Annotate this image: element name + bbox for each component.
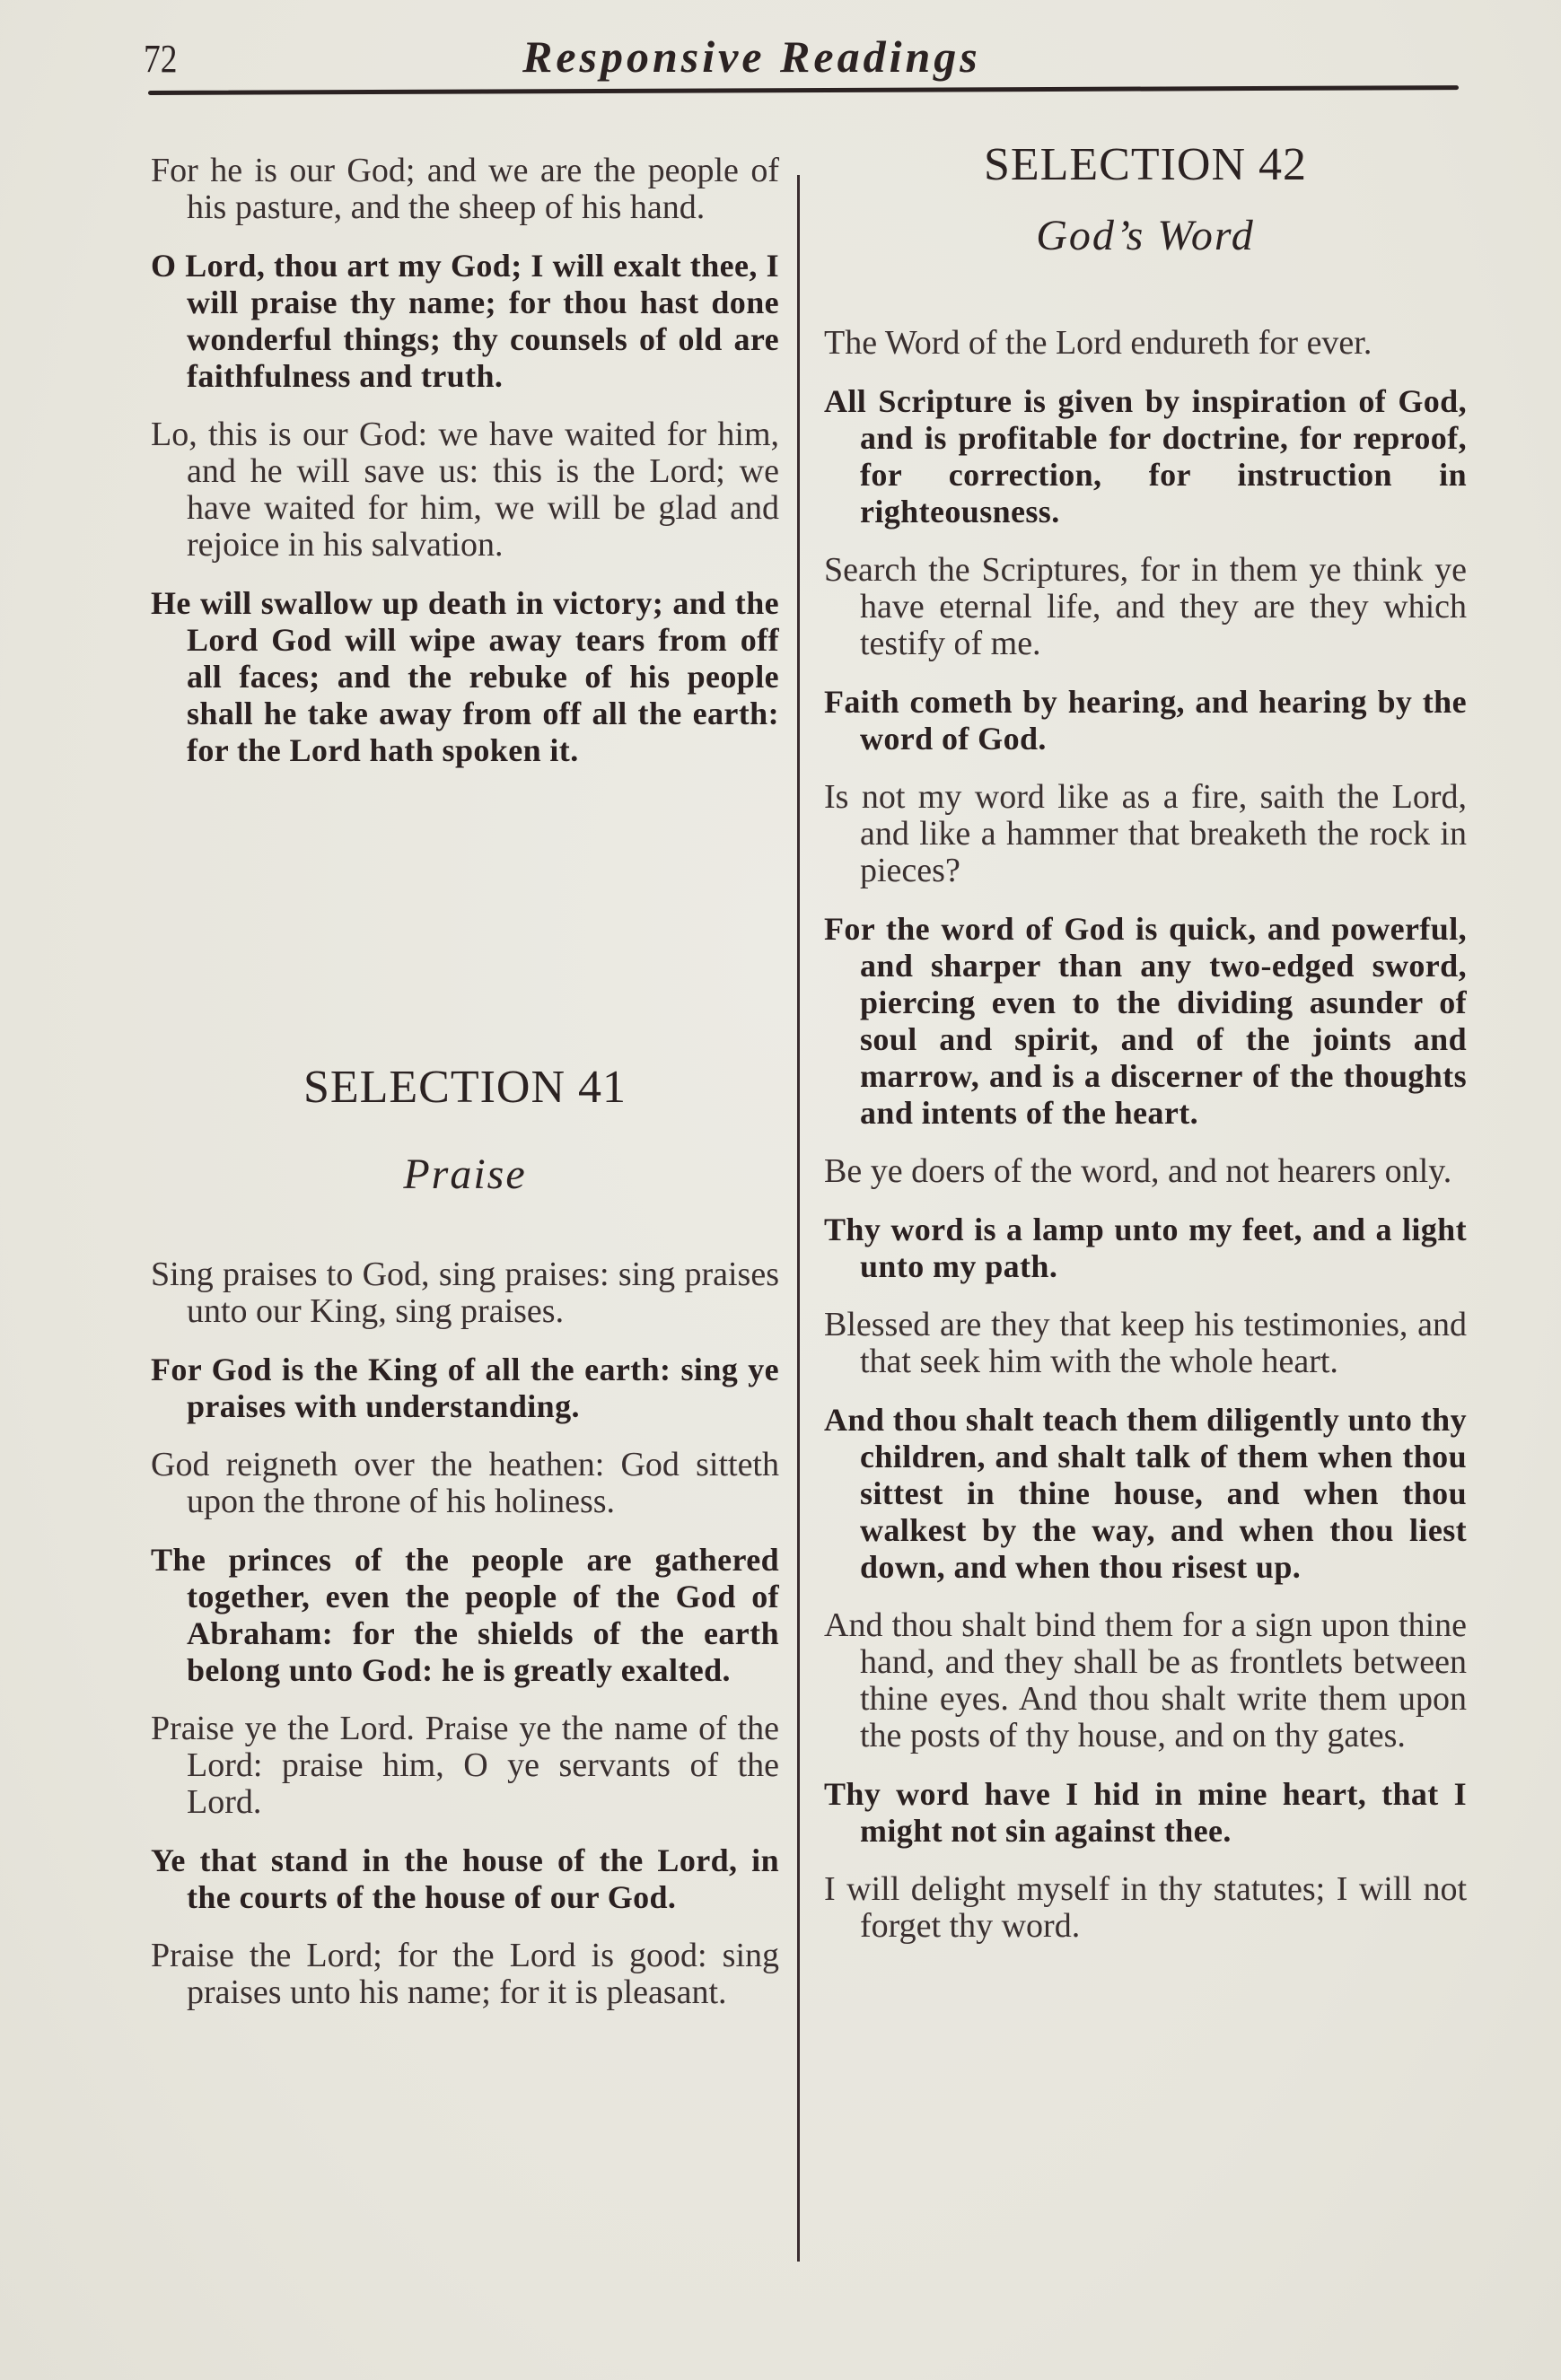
response-paragraph: All Scripture is given by inspiration of… bbox=[824, 383, 1467, 530]
book-page: 72 Responsive Readings For he is our God… bbox=[0, 0, 1561, 2380]
response-paragraph: O Lord, thou art my God; I will exalt th… bbox=[151, 248, 779, 395]
reading-paragraph: Praise the Lord; for the Lord is good: s… bbox=[151, 1938, 779, 2011]
column-divider bbox=[797, 175, 800, 2262]
response-paragraph: He will swallow up death in victory; and… bbox=[151, 585, 779, 769]
page-number: 72 bbox=[144, 36, 177, 82]
reading-paragraph: Praise ye the Lord. Praise ye the name o… bbox=[151, 1711, 779, 1821]
selection-heading: SELECTION 41 bbox=[151, 1061, 779, 1114]
reading-paragraph: Be ye doers of the word, and not hearers… bbox=[824, 1153, 1467, 1190]
reading-paragraph: Lo, this is our God: we have waited for … bbox=[151, 416, 779, 564]
running-title: Responsive Readings bbox=[522, 31, 981, 83]
response-paragraph: For God is the King of all the earth: si… bbox=[151, 1352, 779, 1425]
response-paragraph: The princes of the people are gathered t… bbox=[151, 1542, 779, 1689]
reading-paragraph: God reigneth over the heathen: God sitte… bbox=[151, 1447, 779, 1520]
response-paragraph: Thy word is a lamp unto my feet, and a l… bbox=[824, 1212, 1467, 1285]
reading-paragraph: Search the Scriptures, for in them ye th… bbox=[824, 552, 1467, 662]
selection-title: God’s Word bbox=[824, 211, 1467, 260]
selection-42-header: SELECTION 42 God’s Word bbox=[824, 138, 1467, 260]
response-paragraph: Ye that stand in the house of the Lord, … bbox=[151, 1842, 779, 1916]
continued-reading: For he is our God; and we are the people… bbox=[151, 153, 779, 791]
selection-41-header: SELECTION 41 Praise bbox=[151, 1061, 779, 1199]
selection-heading: SELECTION 42 bbox=[824, 138, 1467, 191]
selection-41-body: Sing praises to God, sing praises: sing … bbox=[151, 1256, 779, 2033]
response-paragraph: And thou shalt teach them diligently unt… bbox=[824, 1402, 1467, 1586]
reading-paragraph: And thou shalt bind them for a sign upon… bbox=[824, 1607, 1467, 1754]
header-rule bbox=[148, 85, 1459, 95]
reading-paragraph: Sing praises to God, sing praises: sing … bbox=[151, 1256, 779, 1330]
selection-42-body: The Word of the Lord endureth for ever. … bbox=[824, 325, 1467, 1966]
reading-paragraph: The Word of the Lord endureth for ever. bbox=[824, 325, 1467, 362]
response-paragraph: Faith cometh by hearing, and hearing by … bbox=[824, 684, 1467, 757]
reading-paragraph: I will delight myself in thy statutes; I… bbox=[824, 1871, 1467, 1945]
reading-paragraph: Blessed are they that keep his testimoni… bbox=[824, 1307, 1467, 1380]
response-paragraph: For the word of God is quick, and powerf… bbox=[824, 911, 1467, 1132]
response-paragraph: Thy word have I hid in mine heart, that … bbox=[824, 1776, 1467, 1850]
reading-paragraph: Is not my word like as a fire, saith the… bbox=[824, 779, 1467, 889]
reading-paragraph: For he is our God; and we are the people… bbox=[151, 153, 779, 226]
selection-title: Praise bbox=[151, 1150, 779, 1199]
